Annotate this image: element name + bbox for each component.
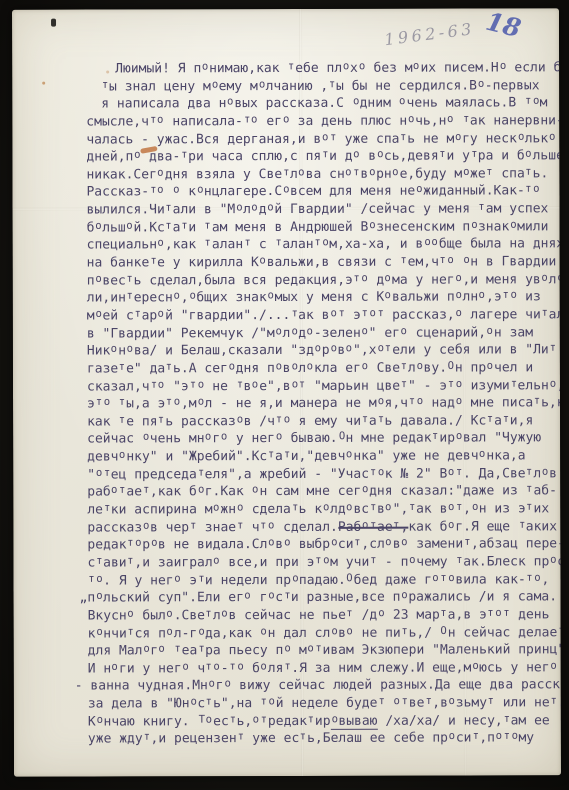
letter-line: рассказов черт знает что сделал.Работает… [87,518,560,537]
letter-line: Никонова/ и Белаш,сказали "здорово",хоте… [87,342,560,361]
paper-speck [51,19,56,27]
letter-line: никак.Сегодня взяла у Светлова снотворно… [86,165,559,184]
letter-body: Люимый! Я понимаю,как тебе плохо без мои… [86,59,561,748]
letter-line: - ванна чудная.Много вижу сейчас людей р… [75,677,561,696]
photo-background: 1962-63 18 Люимый! Я понимаю,как тебе пл… [0,0,569,790]
letter-line: кончится пол-года,как он дал слово не пи… [88,624,561,643]
handwritten-year-note: 1962-63 [383,19,476,49]
letter-line: Вкусно было.Светлов сейчас не пьет /до 2… [88,606,561,625]
letter-line: моей старой "гвардии"./...так вот этот р… [87,306,560,325]
letter-line: уже ждут,и рецензент уже есть,Белаш ее с… [88,730,561,749]
letter-line: это ты,а это,мол - не я,и манера не моя,… [87,394,560,413]
letter-line: смысле,что написала-то его за день плюс … [86,112,559,131]
letter-line: ставит,и заиграло все,и при этом учит - … [87,553,560,572]
letter-line: Рассказ-то о концлагере.Совсем для меня … [86,183,559,202]
letter-line: специально,как талант с талантом,ха-ха, … [87,236,560,255]
letter-line: повесть сделал,была вся редакция,это дом… [87,271,560,290]
letter-line: И ноги у него что-то болят.Я за ним слеж… [88,659,561,678]
letter-line: дней,по два-три часа сплю,с пяти до вось… [86,147,559,166]
handwritten-page-number: 18 [483,8,524,43]
letter-line: Люимый! Я понимаю,как тебе плохо без мои… [115,59,559,78]
letter-line: летки аспирина можно сделать колдовство"… [87,500,560,519]
letter-line: сейчас очень много у него бываю.Он мне р… [87,430,560,449]
letter-line: Кончаю книгу. Тоесть,отредактировываю /х… [88,712,561,731]
letter-paper: 1962-63 18 Люимый! Я понимаю,как тебе пл… [12,8,561,776]
letter-line: чалась - ужас.Вся дерганая,и вот уже спа… [86,130,559,149]
letter-line: работает,как бог.Как он сам мне сегодня … [87,483,560,502]
letter-line: на банкете у кирилла Ковальжи,в связи с … [87,253,560,272]
letter-line: вылился.Читали в "Молодой Гвардии" /сейч… [86,200,559,219]
letter-line: ты знал цену моему молчанию ,ты бы не се… [101,77,559,96]
letter-line: редакторов не видала.Слово выбросит,слов… [87,536,560,555]
letter-line: газете" дать.А сегодня поволокла его Све… [87,359,560,378]
stain-mark [42,82,45,85]
letter-line: в "Гвардии" Рекемчук /"молодо-зелено" ег… [87,324,560,343]
letter-line: за дела в "Юность",на той неделе будет о… [88,694,561,713]
letter-line: большой.Кстати там меня в Андрюшей Возне… [87,218,560,237]
letter-line: для Малого театра пьесу по мотивам Экзюп… [88,641,561,660]
letter-line: „польский суп".Ели его гости разные,все … [80,589,561,608]
letter-line: то. Я у него эти недели пропадаю.Обед да… [87,571,560,590]
letter-line: "отец председателя",а жребий - "Участок … [87,465,560,484]
letter-line: я написала два новых рассказа.С одним оч… [101,95,559,114]
letter-line: девчонку" и "Жребий".Кстати,"девчонка" у… [87,447,560,466]
letter-line: ли,интересно,общих знакомых у меня с Ков… [87,289,560,308]
letter-line: сказал,что "это не твое",вот "марьин цве… [87,377,560,396]
letter-line: как те пять рассказов /что я ему читать … [87,412,560,431]
